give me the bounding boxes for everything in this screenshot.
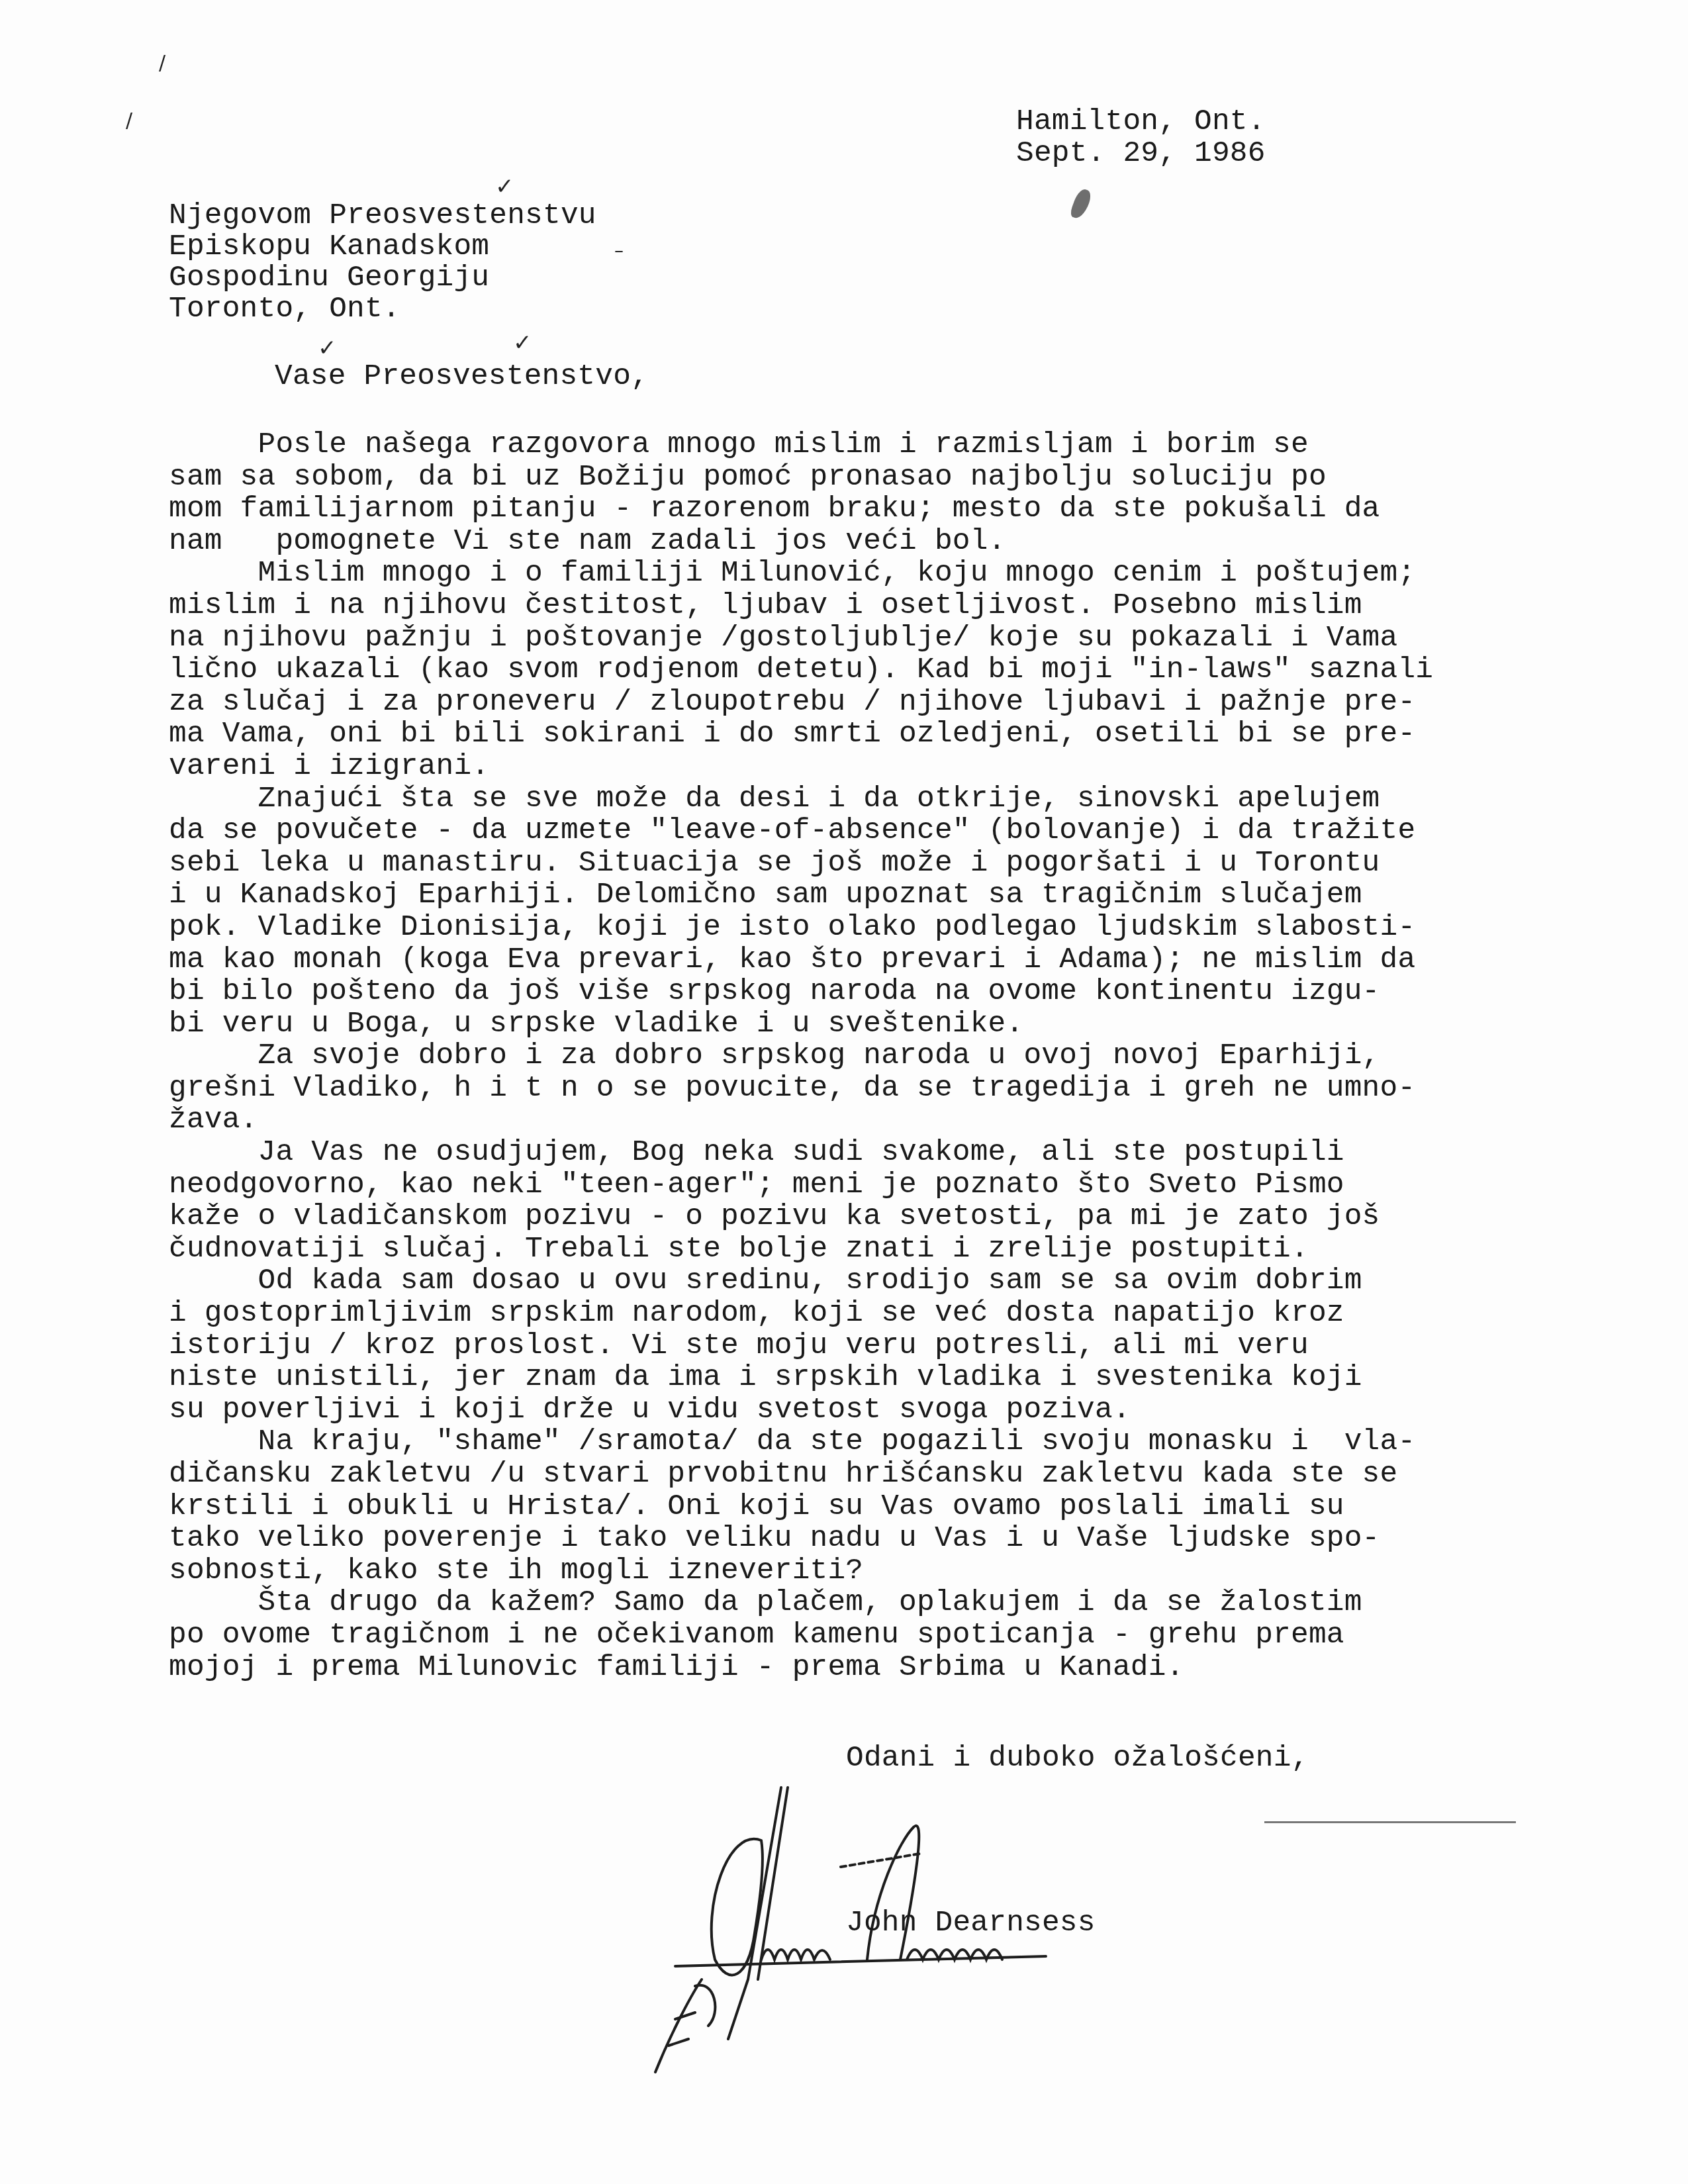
body-line: Posle našega razgovora mnogo mislim i ra… bbox=[169, 429, 1433, 461]
body-line: Na kraju, "shame" /sramota/ da ste pogaz… bbox=[169, 1426, 1433, 1458]
salutation: Vase Preosvestenstvo, bbox=[275, 361, 649, 393]
body-line: bi veru u Boga, u srpske vladike i u sve… bbox=[169, 1008, 1433, 1041]
check-mark: ✓ bbox=[495, 173, 514, 200]
ink-smudge bbox=[1069, 187, 1093, 221]
body-line: dičansku zakletvu /u stvari prvobitnu hr… bbox=[169, 1458, 1433, 1491]
body-line: bi bilo pošteno da još više srpskog naro… bbox=[169, 976, 1433, 1008]
body-line: za slučaj i za proneveru / zloupotrebu /… bbox=[169, 687, 1433, 719]
check-mark: ✓ bbox=[513, 330, 532, 356]
body-line: ma kao monah (koga Eva prevari, kao što … bbox=[169, 944, 1433, 976]
place-date-block: Hamilton, Ont.Sept. 29, 1986 bbox=[1016, 106, 1266, 169]
body-line: mom familijarnom pitanju - razorenom bra… bbox=[169, 493, 1433, 526]
dash-mark: – bbox=[614, 240, 624, 261]
body-line: su poverljivi i koji drže u vidu svetost… bbox=[169, 1394, 1433, 1427]
body-line: krstili i obukli u Hrista/. Oni koji su … bbox=[169, 1491, 1433, 1523]
recipient-line: Njegovom Preosvestenstvu bbox=[169, 201, 596, 232]
body-line: Mislim mnogo i o familiji Milunović, koj… bbox=[169, 557, 1433, 590]
body-line: Ja Vas ne osudjujem, Bog neka sudi svako… bbox=[169, 1137, 1433, 1169]
place: Hamilton, Ont. bbox=[1016, 106, 1266, 138]
body-line: kaže o vladičanskom pozivu - o pozivu ka… bbox=[169, 1201, 1433, 1233]
body-line: da se povučete - da uzmete "leave-of-abs… bbox=[169, 815, 1433, 847]
letter-body: Posle našega razgovora mnogo mislim i ra… bbox=[169, 429, 1433, 1684]
body-line: mislim i na njihovu čestitost, ljubav i … bbox=[169, 590, 1433, 622]
body-line: Za svoje dobro i za dobro srpskog naroda… bbox=[169, 1040, 1433, 1072]
body-line: Znajući šta se sve može da desi i da otk… bbox=[169, 783, 1433, 816]
body-line: žava. bbox=[169, 1104, 1433, 1137]
body-line: istoriju / kroz proslost. Vi ste moju ve… bbox=[169, 1330, 1433, 1362]
body-line: lično ukazali (kao svom rodjenom detetu)… bbox=[169, 654, 1433, 687]
letter-page: / / Hamilton, Ont.Sept. 29, 1986 ✓ Njego… bbox=[0, 0, 1688, 2184]
body-line: i u Kanadskoj Eparhiji. Delomično sam up… bbox=[169, 879, 1433, 912]
recipient-line: Toronto, Ont. bbox=[169, 294, 596, 325]
body-line: Šta drugo da kažem? Samo da plačem, opla… bbox=[169, 1587, 1433, 1619]
body-line: grešni Vladiko, h i t n o se povucite, d… bbox=[169, 1072, 1433, 1105]
body-line: Od kada sam dosao u ovu sredinu, srodijo… bbox=[169, 1265, 1433, 1298]
body-line: ma Vama, oni bi bili sokirani i do smrti… bbox=[169, 718, 1433, 751]
body-line: nam pomognete Vi ste nam zadali jos veći… bbox=[169, 526, 1433, 558]
body-line: tako veliko poverenje i tako veliku nadu… bbox=[169, 1523, 1433, 1555]
check-mark: ✓ bbox=[318, 335, 337, 361]
body-line: vareni i izigrani. bbox=[169, 751, 1433, 783]
recipient-address: Njegovom PreosvestenstvuEpiskopu Kanadsk… bbox=[169, 201, 596, 325]
body-line: sobnosti, kako ste ih mogli izneveriti? bbox=[169, 1555, 1433, 1588]
body-line: po ovome tragičnom i ne očekivanom kamen… bbox=[169, 1619, 1433, 1652]
body-line: sam sa sobom, da bi uz Božiju pomoć pron… bbox=[169, 461, 1433, 494]
typed-signature-name: John Dearnsess bbox=[846, 1907, 1096, 1939]
pencil-mark: / bbox=[126, 109, 132, 132]
body-line: i gostoprimljivim srpskim narodom, koji … bbox=[169, 1298, 1433, 1330]
body-line: pok. Vladike Dionisija, koji je isto ola… bbox=[169, 912, 1433, 944]
body-line: neodgovorno, kao neki "teen-ager"; meni … bbox=[169, 1169, 1433, 1202]
body-line: na njihovu pažnju i poštovanje /gostolju… bbox=[169, 622, 1433, 655]
signature-line bbox=[1264, 1821, 1516, 1823]
body-line: sebi leka u manastiru. Situacija se još … bbox=[169, 847, 1433, 880]
body-line: niste unistili, jer znam da ima i srpski… bbox=[169, 1362, 1433, 1394]
date: Sept. 29, 1986 bbox=[1016, 138, 1266, 169]
recipient-line: Episkopu Kanadskom bbox=[169, 232, 596, 263]
body-line: mojoj i prema Milunovic familiji - prema… bbox=[169, 1652, 1433, 1684]
pencil-mark: / bbox=[159, 52, 165, 75]
recipient-line: Gospodinu Georgiju bbox=[169, 263, 596, 294]
body-line: čudnovatiji slučaj. Trebali ste bolje zn… bbox=[169, 1233, 1433, 1266]
